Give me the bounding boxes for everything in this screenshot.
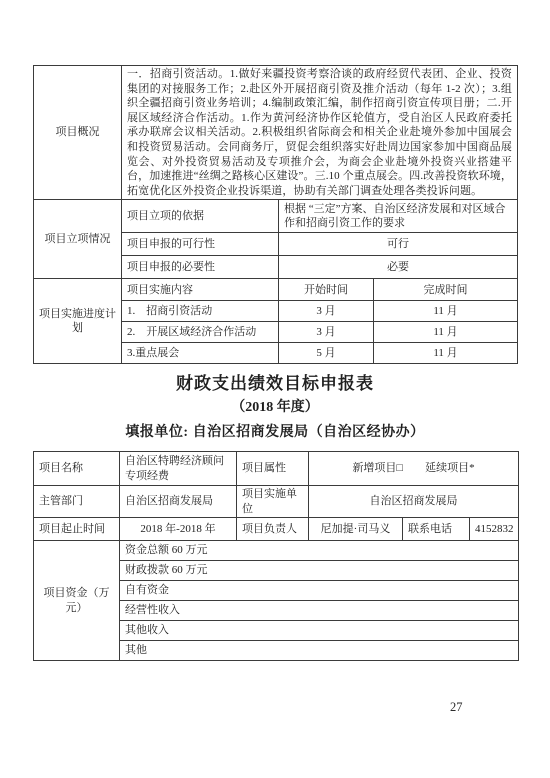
- implement-unit-value: 自治区招商发展局: [309, 486, 519, 518]
- initiation-row-value: 必要: [279, 256, 518, 279]
- schedule-row-finish: 11 月: [374, 301, 518, 322]
- schedule-row-finish: 11 月: [374, 322, 518, 343]
- initiation-row-value: 可行: [279, 233, 518, 256]
- overview-content: 一．招商引资活动。1.做好来疆投资考察洽谈的政府经贸代表团、企业、投资集团的对接…: [122, 66, 518, 200]
- initiation-row-value: 根据 “三定”方案、自治区经济发展和对区域合作和招商引资工作的要求: [279, 200, 518, 233]
- project-attribute-value: 新增项目□ 延续项目*: [309, 452, 519, 486]
- project-attribute-label: 项目属性: [237, 452, 309, 486]
- leader-label: 项目负责人: [237, 518, 309, 541]
- duration-value: 2018 年-2018 年: [120, 518, 237, 541]
- funding-row-operating: 经营性收入: [120, 601, 519, 621]
- funding-row-fiscal: 财政拨款 60 万元: [120, 561, 519, 581]
- funding-row-other: 其他: [120, 641, 519, 661]
- schedule-row-start: 3 月: [279, 322, 374, 343]
- schedule-header-finish: 完成时间: [374, 279, 518, 301]
- implement-unit-label: 项目实施单位: [237, 486, 309, 518]
- table-row: 主管部门 自治区招商发展局 项目实施单位 自治区招商发展局: [34, 486, 519, 518]
- project-overview-table: 项目概况 一．招商引资活动。1.做好来疆投资考察洽谈的政府经贸代表团、企业、投资…: [33, 65, 518, 364]
- project-name-label: 项目名称: [34, 452, 120, 486]
- document-page: 项目概况 一．招商引资活动。1.做好来疆投资考察洽谈的政府经贸代表团、企业、投资…: [0, 0, 550, 778]
- reporting-unit-line: 填报单位: 自治区招商发展局（自治区经协办）: [0, 421, 550, 441]
- phone-label: 联系电话: [403, 518, 470, 541]
- department-label: 主管部门: [34, 486, 120, 518]
- schedule-header-start: 开始时间: [279, 279, 374, 301]
- schedule-row-start: 3 月: [279, 301, 374, 322]
- initiation-row-name: 项目立项的依据: [122, 200, 279, 233]
- schedule-row-finish: 11 月: [374, 343, 518, 364]
- funding-row-other-income: 其他收入: [120, 621, 519, 641]
- duration-label: 项目起止时间: [34, 518, 120, 541]
- schedule-row-content: 2. 开展区域经济合作活动: [122, 322, 279, 343]
- table-row: 项目资金（万元） 资金总额 60 万元: [34, 541, 519, 561]
- table-row: 项目概况 一．招商引资活动。1.做好来疆投资考察洽谈的政府经贸代表团、企业、投资…: [34, 66, 518, 200]
- funding-label: 项目资金（万元）: [34, 541, 120, 661]
- leader-value: 尼加提·司马义: [309, 518, 403, 541]
- page-title: 财政支出绩效目标申报表: [0, 369, 550, 394]
- table-row: 项目起止时间 2018 年-2018 年 项目负责人 尼加提·司马义 联系电话 …: [34, 518, 519, 541]
- table-row: 项目名称 自治区特聘经济顾问专项经费 项目属性 新增项目□ 延续项目*: [34, 452, 519, 486]
- schedule-row-content: 1. 招商引资活动: [122, 301, 279, 322]
- table-row: 项目实施进度计划 项目实施内容 开始时间 完成时间: [34, 279, 518, 301]
- project-name-value: 自治区特聘经济顾问专项经费: [120, 452, 237, 486]
- funding-row-total: 资金总额 60 万元: [120, 541, 519, 561]
- schedule-row-content: 3.重点展会: [122, 343, 279, 364]
- page-number: 27: [450, 700, 463, 715]
- project-info-table: 项目名称 自治区特聘经济顾问专项经费 项目属性 新增项目□ 延续项目* 主管部门…: [33, 451, 519, 661]
- table-row: 项目立项情况 项目立项的依据 根据 “三定”方案、自治区经济发展和对区域合作和招…: [34, 200, 518, 233]
- page-subtitle: （2018 年度）: [0, 396, 550, 416]
- schedule-label: 项目实施进度计划: [34, 279, 122, 364]
- funding-row-own: 自有资金: [120, 581, 519, 601]
- department-value: 自治区招商发展局: [120, 486, 237, 518]
- schedule-header-content: 项目实施内容: [122, 279, 279, 301]
- phone-value: 4152832: [470, 518, 519, 541]
- initiation-row-name: 项目申报的可行性: [122, 233, 279, 256]
- initiation-row-name: 项目申报的必要性: [122, 256, 279, 279]
- initiation-label: 项目立项情况: [34, 200, 122, 279]
- overview-label: 项目概况: [34, 66, 122, 200]
- schedule-row-start: 5 月: [279, 343, 374, 364]
